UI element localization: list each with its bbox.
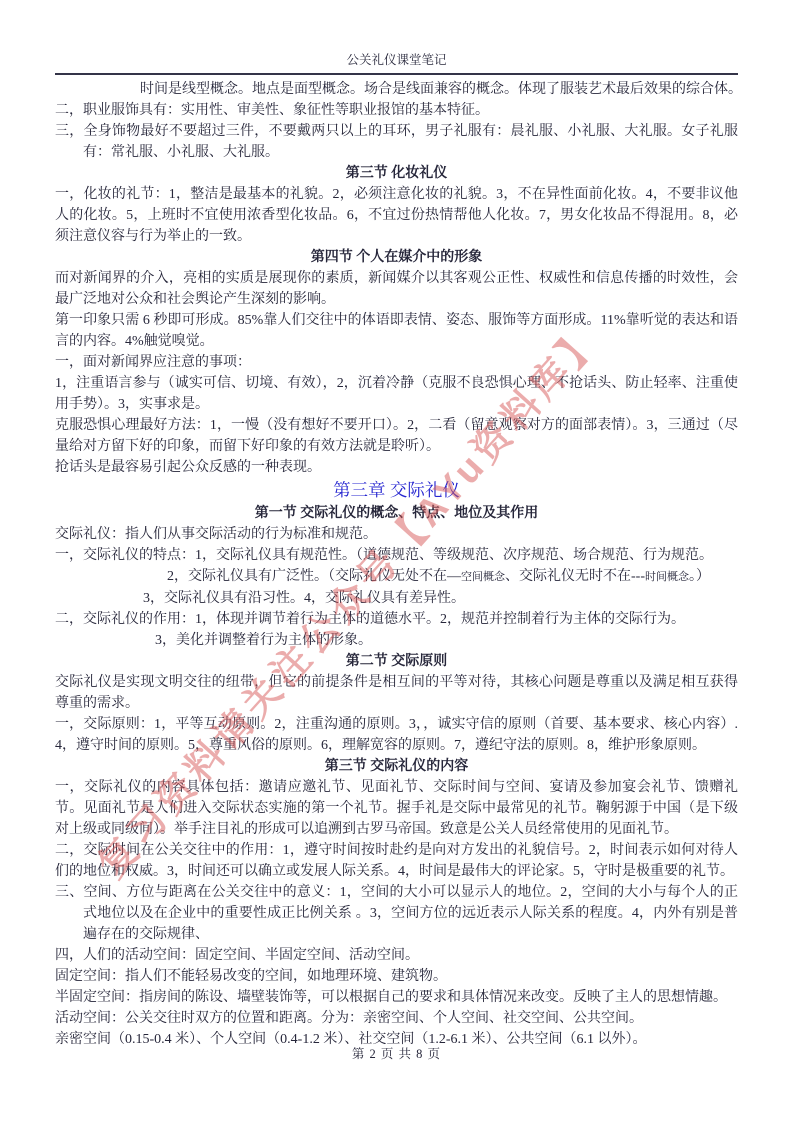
paragraph: 四，人们的活动空间：固定空间、半固定空间、活动空间。 [55,945,738,966]
paragraph: 时间是线型概念。地点是面型概念。场合是线面兼容的概念。体现了服装艺术最后效果的综… [55,79,738,100]
paragraph: 交际礼仪是实现文明交往的纽带，但它的前提条件是相互间的平等对待，其核心问题是尊重… [55,672,738,714]
paragraph: 抢话头是最容易引起公众反感的一种表现。 [55,457,738,478]
section-heading: 第一节 交际礼仪的概念、特点、地位及其作用 [55,503,738,524]
paragraph: 三、空间、方位与距离在公关交往中的意义：1，空间的大小可以显示人的地位。2，空间… [55,882,738,945]
document-body: 时间是线型概念。地点是面型概念。场合是线面兼容的概念。体现了服装艺术最后效果的综… [55,79,738,1050]
paragraph: 克服恐惧心理最好方法：1，一慢（没有想好不要开口）。2，二看（留意观察对方的面部… [55,415,738,457]
paragraph: 固定空间：指人们不能轻易改变的空间，如地理环境、建筑物。 [55,966,738,987]
paragraph: 2，交际礼仪具有广泛性。（交际礼仪无处不在—空间概念、交际礼仪无时不在---时间… [167,566,738,588]
inline-text: 。） [689,569,710,584]
section-heading: 第三节 化妆礼仪 [55,163,738,184]
paragraph: 三，全身饰物最好不要超过三件，不要戴两只以上的耳环，男子礼服有：晨礼服、小礼服、… [55,121,738,163]
section-heading: 第三节 交际礼仪的内容 [55,756,738,777]
section-heading: 第二节 交际原则 [55,651,738,672]
paragraph: 第一印象只需 6 秒即可形成。85%靠人们交往中的体语即表情、姿态、服饰等方面形… [55,310,738,352]
inline-text: 2，交际礼仪具有广泛性。（交际礼仪无处不在— [167,569,461,584]
page-header-title: 公关礼仪课堂笔记 [55,52,738,75]
inline-small-note: 时间概念 [645,571,689,583]
paragraph: 活动空间：公关交往时双方的位置和距离。分为：亲密空间、个人空间、社交空间、公共空… [55,1008,738,1029]
paragraph: 一，交际礼仪的特点：1，交际礼仪具有规范性。（道德规范、等级规范、次序规范、场合… [55,545,738,566]
paragraph: 交际礼仪：指人们从事交际活动的行为标准和规范。 [55,524,738,545]
document-page: 公关礼仪课堂笔记 时间是线型概念。地点是面型概念。场合是线面兼容的概念。体现了服… [0,0,793,1122]
paragraph: 半固定空间：指房间的陈设、墙壁装饰等，可以根据自己的要求和具体情况来改变。反映了… [55,987,738,1008]
page-footer: 第 2 页 共 8 页 [0,1044,793,1062]
paragraph: 1，注重语言参与（诚实可信、切境、有效），2，沉着冷静（克服不良恐惧心理、不抢话… [55,373,738,415]
paragraph: 一，交际原则：1，平等互动原则。2，注重沟通的原则。3，，诚实守信的原则（首要、… [55,714,738,756]
paragraph: 二，职业服饰具有：实用性、审美性、象征性等职业报馆的基本特征。 [55,100,738,121]
chapter-heading: 第三章 交际礼仪 [55,478,738,503]
inline-small-note: 空间概念 [461,571,505,583]
paragraph: 二，交际礼仪的作用：1，体现并调节着行为主体的道德水平。2，规范并控制着行为主体… [55,609,738,630]
paragraph: 一，交际礼仪的内容具体包括：邀请应邀礼节、见面礼节、交际时间与空间、宴请及参加宴… [55,777,738,840]
paragraph: 一，面对新闻界应注意的事项： [55,352,738,373]
section-heading: 第四节 个人在媒介中的形象 [55,247,738,268]
paragraph: 而对新闻界的介入，亮相的实质是展现你的素质，新闻媒介以其客观公正性、权威性和信息… [55,268,738,310]
inline-text: 、交际礼仪无时不在--- [505,569,645,584]
paragraph: 3，交际礼仪具有沿习性。4，交际礼仪具有差异性。 [143,588,738,609]
paragraph: 3，美化并调整着行为主体的形象。 [155,630,738,651]
paragraph: 二，交际时间在公关交往中的作用：1，遵守时间按时赴约是向对方发出的礼貌信号。2，… [55,840,738,882]
paragraph: 一，化妆的礼节：1，整洁是最基本的礼貌。2，必须注意化妆的礼貌。3，不在异性面前… [55,184,738,247]
